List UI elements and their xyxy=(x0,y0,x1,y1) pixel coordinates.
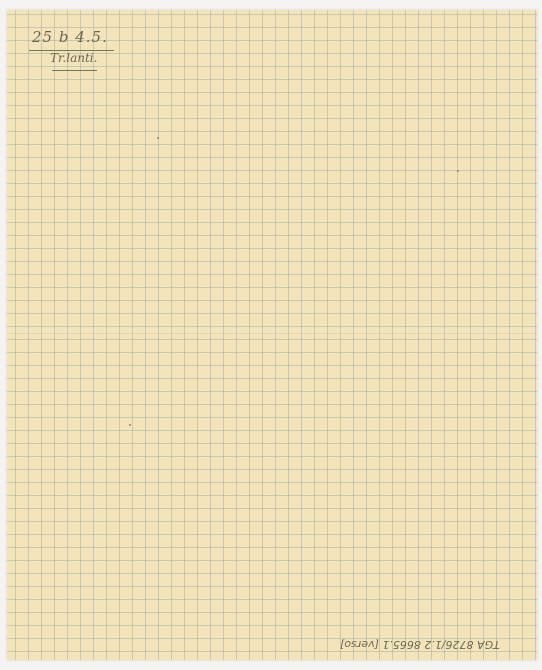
ink-speck xyxy=(157,137,159,139)
handwritten-note-line1: 25 b 4.5. xyxy=(32,28,108,46)
graph-paper-sheet: 25 b 4.5. Tr.lanti. xyxy=(7,10,537,660)
archive-reference-caption: TGA 8726/1.2 8665.1 [verso] xyxy=(340,638,500,651)
handwritten-note-line2: Tr.lanti. xyxy=(50,51,97,65)
ink-speck xyxy=(457,170,459,172)
underline xyxy=(52,70,97,71)
ink-speck xyxy=(129,424,131,426)
